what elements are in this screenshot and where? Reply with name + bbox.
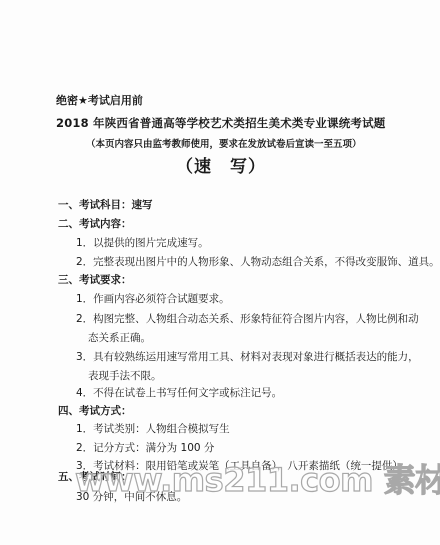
exam-document-page: 绝密★考试启用前 2018 年陕西省普通高等学校艺术类招生美术类专业课统考试题 … — [0, 0, 440, 545]
section-2-item-1: 1．以提供的图片完成速写。 — [76, 236, 209, 250]
section-4-heading: 四、考试方式： — [58, 404, 132, 418]
section-3-item-2-cont: 态关系正确。 — [88, 331, 151, 345]
section-1-heading: 一、考试科目：速写 — [58, 198, 153, 212]
document-title: 2018 年陕西省普通高等学校艺术类招生美术类专业课统考试题 — [56, 116, 386, 130]
document-note: （本页内容只由监考教师使用，要求在发放试卷后宣读一至五项） — [86, 138, 362, 152]
confidential-label: 绝密★考试启用前 — [56, 94, 143, 108]
section-3-item-2: 2．构图完整、人物组合动态关系、形象特征符合图片内容，人物比例和动 — [76, 312, 419, 326]
section-4-item-1: 1．考试类别：人物组合模拟写生 — [76, 422, 230, 436]
section-3-heading: 三、考试要求： — [58, 273, 132, 287]
section-3-item-3-cont: 表现手法不限。 — [88, 369, 162, 383]
section-3-item-3: 3．具有较熟练运用速写常用工具、材料对表现对象进行概括表达的能力， — [76, 350, 419, 364]
section-4-item-2: 2．记分方式：满分为 100 分 — [76, 441, 214, 455]
section-3-item-4: 4．不得在试卷上书写任何文字或标注记号。 — [76, 386, 282, 400]
section-2-heading: 二、考试内容： — [58, 217, 132, 231]
section-3-item-1: 1．作画内容必须符合试题要求。 — [76, 292, 230, 306]
subject-heading: （速 写） — [176, 156, 266, 178]
watermark-text: www.ms211.com 素材 — [75, 462, 440, 498]
section-2-item-2: 2．完整表现出图片中的人物形象、人物动态组合关系，不得改变服饰、道具。 — [76, 255, 440, 269]
